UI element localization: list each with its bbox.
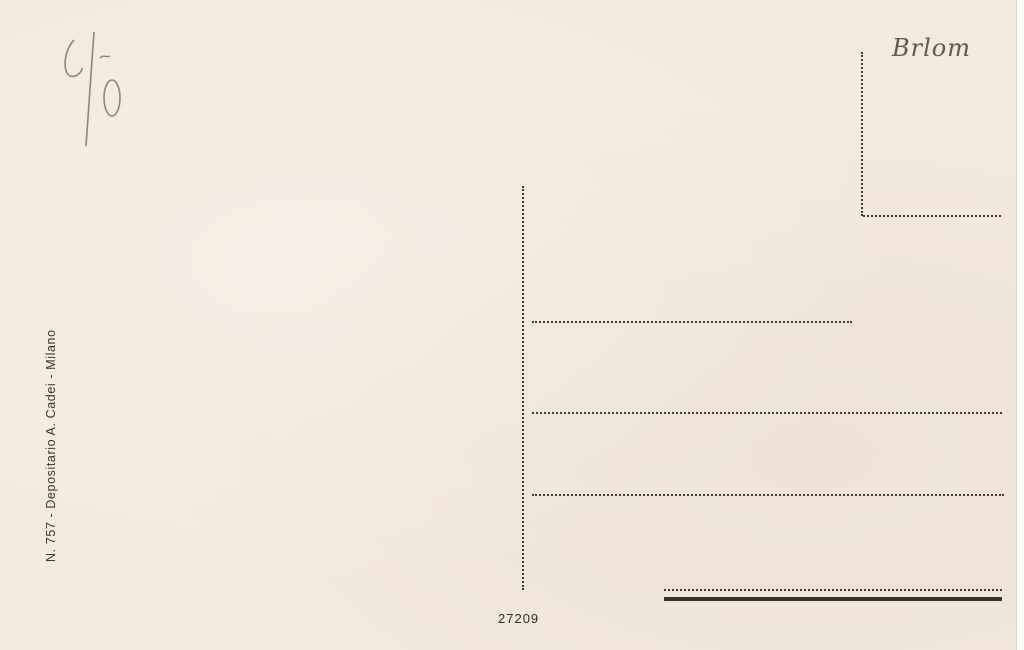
postcard-back: Brlom N. 757 - Depositario A. Cadei - Mi… [0, 0, 1016, 650]
bottom-dotted-rule [664, 589, 1002, 591]
serial-number: 27209 [498, 611, 539, 626]
scan-edge [1016, 0, 1024, 650]
stamp-box-bottom-edge [863, 215, 1001, 217]
publisher-imprint: N. 757 - Depositario A. Cadei - Milano [44, 329, 58, 562]
center-divider-line [522, 186, 524, 590]
pencil-mark-c-o [60, 28, 130, 148]
stamp-box-left-edge [861, 52, 863, 216]
address-line-3 [532, 494, 1004, 496]
address-line-1 [532, 321, 852, 323]
handwritten-name: Brlom [892, 34, 971, 62]
address-line-2 [532, 412, 1002, 414]
bottom-solid-rule [664, 597, 1002, 601]
